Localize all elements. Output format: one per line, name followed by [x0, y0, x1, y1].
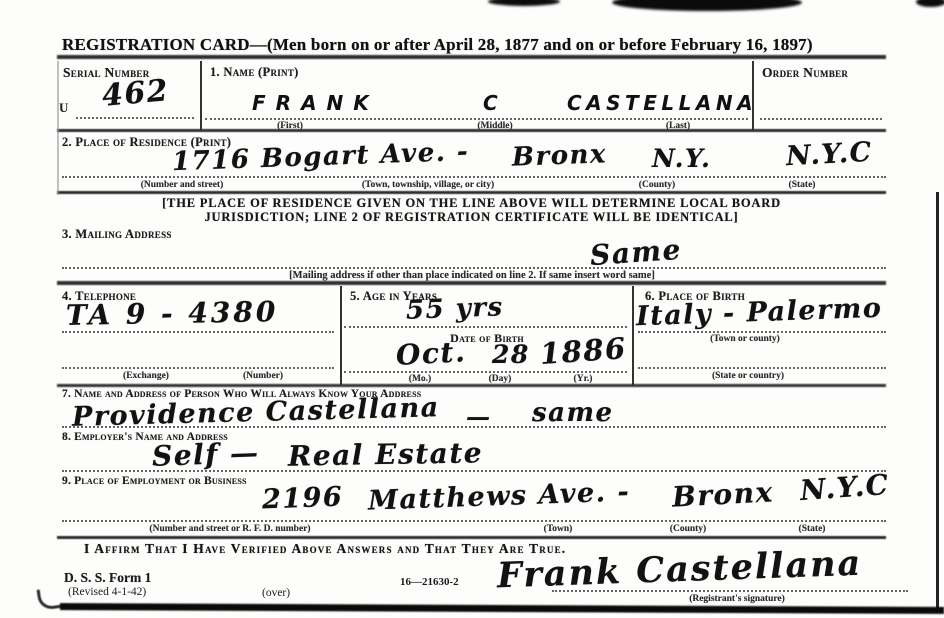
serial-prefix: U [59, 100, 68, 116]
mailing-caption: [Mailing address if other than place ind… [289, 270, 655, 281]
telephone-caption-number: (Number) [243, 371, 283, 381]
jurisdiction-notice-line1: [THE PLACE OF RESIDENCE GIVEN ON THE LIN… [57, 196, 886, 211]
residence-county-value: N.Y. [652, 144, 711, 173]
form-number: D. S. S. Form 1 [64, 570, 151, 586]
scan-border-bottom [60, 603, 944, 614]
birth-line2 [638, 367, 886, 369]
scan-artifact [488, 0, 560, 6]
dob-day-value: 28 [492, 340, 530, 369]
affirmation-text: I Affirm That I Have Verified Above Answ… [84, 541, 566, 557]
contact-value2: same [532, 398, 614, 428]
telephone-value: TA 9 - 4380 [66, 295, 279, 332]
signature-line [552, 590, 908, 592]
birth-caption-town: (Town or county) [710, 334, 780, 344]
scan-artifact [916, 0, 944, 7]
employment-state-value: N.Y.C [799, 468, 891, 507]
form-revision: (Revised 4-1-42) [68, 586, 146, 598]
scan-artifact [612, 0, 802, 11]
telephone-line1 [62, 331, 334, 333]
header-rule [57, 55, 886, 59]
card-right-border [936, 192, 939, 608]
order-number-label: Order Number [762, 65, 848, 81]
employer-line [62, 470, 886, 472]
cell-divider [200, 61, 202, 130]
dob-caption-day: (Day) [489, 374, 512, 384]
name-label: 1. Name (Print) [210, 65, 299, 80]
age-line [344, 326, 627, 328]
row1-rule [57, 129, 886, 132]
jurisdiction-notice-line2: JURISDICTION; LINE 2 OF REGISTRATION CER… [57, 210, 886, 225]
row9-rule [57, 536, 886, 539]
serial-line [76, 117, 194, 119]
card-title: REGISTRATION CARD—(Men born on or after … [62, 35, 813, 55]
residence-line [62, 176, 886, 178]
employment-number-value: 2196 [261, 482, 343, 516]
cell-divider [632, 286, 634, 385]
dob-caption-mo: (Mo.) [409, 374, 431, 384]
dob-year-value: 1886 [539, 331, 628, 371]
over-note: (over) [262, 587, 290, 599]
signature-caption: (Registrant's signature) [689, 594, 785, 604]
residence-city-value: Bronx [512, 139, 608, 172]
mailing-address-label: 3. Mailing Address [62, 227, 172, 242]
employment-caption-state: (State) [799, 524, 826, 534]
employer-value: Self — [151, 436, 260, 473]
residence-state-value: N.Y.C [785, 137, 873, 172]
name-line [205, 118, 748, 120]
birth-caption-state: (State or country) [712, 371, 784, 381]
employer-value2: Real Estate [288, 436, 484, 472]
telephone-caption-exchange: (Exchange) [123, 371, 169, 381]
employment-line [62, 520, 886, 522]
print-code: 16—21630-2 [400, 576, 459, 588]
row2-rule [57, 191, 886, 194]
residence-caption-town: (Town, township, village, or city) [362, 180, 494, 190]
employment-caption-street: (Number and street or R. F. D. number) [149, 524, 310, 534]
dob-caption-yr: (Yr.) [574, 374, 593, 384]
residence-caption-state: (State) [789, 180, 816, 190]
name-first-value: FRANK [252, 91, 379, 115]
row3-rule [57, 281, 886, 285]
card-left-border [57, 61, 59, 195]
birth-line1 [638, 331, 886, 333]
dob-month-value: Oct. [395, 335, 467, 372]
registration-card: REGISTRATION CARD—(Men born on or after … [0, 0, 944, 618]
residence-caption-street: (Number and street) [141, 180, 224, 190]
order-line [760, 118, 882, 120]
employment-caption-town: (Town) [544, 524, 573, 534]
serial-number-value: 462 [101, 73, 171, 114]
dob-line [344, 371, 627, 373]
mailing-line [62, 267, 886, 269]
name-middle-value: C [483, 91, 508, 115]
contact-line [62, 426, 886, 428]
employment-street-value: Matthews Ave. - [368, 476, 631, 516]
employment-town-value: Bronx [671, 475, 774, 513]
age-value: 55 yrs [406, 292, 505, 325]
name-last-value: CASTELLANA [567, 91, 757, 115]
residence-caption-county: (County) [639, 180, 675, 190]
employment-label: 9. Place of Employment or Business [62, 475, 247, 487]
telephone-line2 [62, 367, 334, 369]
row6-rule [57, 384, 886, 387]
cell-divider [340, 286, 342, 385]
employment-caption-county: (County) [670, 524, 706, 534]
